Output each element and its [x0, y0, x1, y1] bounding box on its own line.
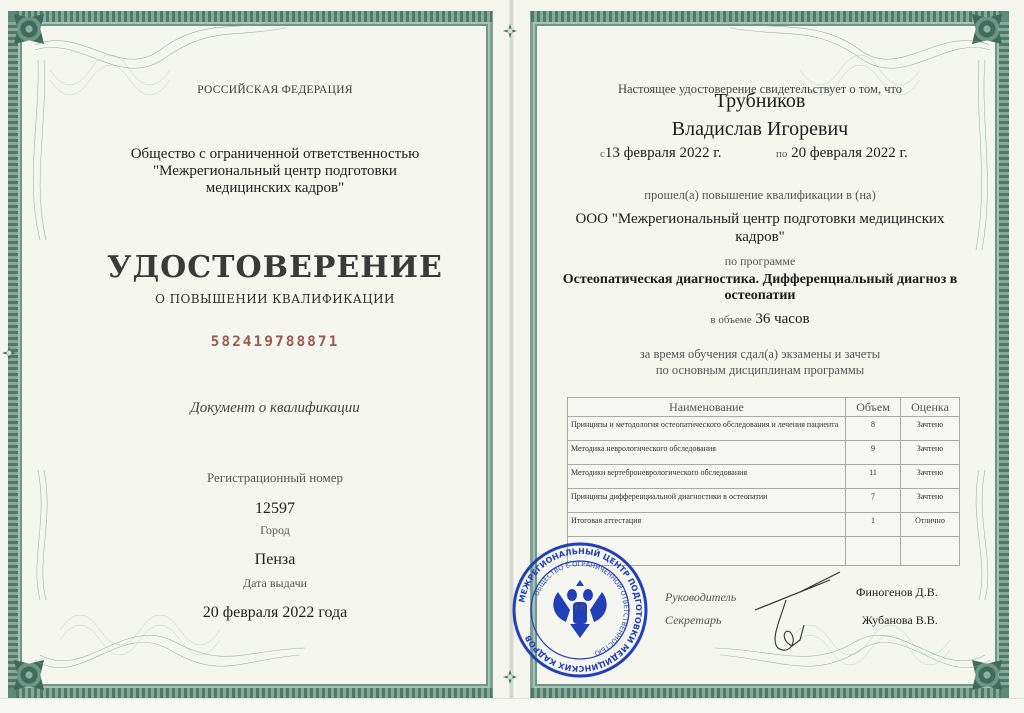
course-volume: в объеме 36 часов — [560, 311, 960, 328]
table-row: Методика неврологического обследования9З… — [568, 441, 960, 465]
registration-number: 12597 — [30, 500, 520, 518]
discipline-hours: 8 — [846, 417, 901, 441]
discipline-grade: Зачтено — [901, 489, 960, 513]
discipline-grade: Отлично — [901, 513, 960, 537]
header-name: Наименование — [568, 398, 846, 417]
discipline-hours — [846, 537, 901, 566]
volume-hours: 36 часов — [755, 311, 809, 327]
certificate-scan: РОССИЙСКАЯ ФЕДЕРАЦИЯ Общество с ограниче… — [0, 0, 1024, 713]
corner-rosette-icon — [972, 660, 1002, 690]
exams-line: по основным дисциплинам программы — [560, 362, 960, 378]
holder-surname: Трубников — [560, 90, 960, 113]
holder-given-names: Владислав Игоревич — [560, 118, 960, 141]
discipline-hours: 11 — [846, 465, 901, 489]
discipline-hours: 7 — [846, 489, 901, 513]
city-value: Пенза — [30, 551, 520, 569]
corner-rosette-icon — [14, 14, 44, 44]
city-label: Город — [30, 523, 520, 538]
head-role: Руководитель — [665, 590, 736, 605]
document-type: Документ о квалификации — [30, 400, 520, 417]
corner-rosette-icon — [972, 14, 1002, 44]
country-header: РОССИЙСКАЯ ФЕДЕРАЦИЯ — [30, 84, 520, 96]
table-row: Методики вертеброневрологического обслед… — [568, 465, 960, 489]
table-header-row: Наименование Объем Оценка — [568, 398, 960, 417]
program-line: остеопатии — [552, 288, 968, 304]
certificate-title: УДОСТОВЕРЕНИЕ — [30, 250, 520, 285]
discipline-grade: Зачтено — [901, 465, 960, 489]
secretary-role: Секретарь — [665, 613, 721, 628]
official-stamp: МЕЖРЕГИОНАЛЬНЫЙ ЦЕНТР ПОДГОТОВКИ МЕДИЦИН… — [510, 540, 650, 680]
stamp-center-label: М.П. — [572, 604, 588, 612]
exams-line: за время обучения сдал(а) экзамены и зач… — [560, 346, 960, 362]
table-row: Итоговая аттестация1Отлично — [568, 513, 960, 537]
discipline-name: Итоговая аттестация — [568, 513, 846, 537]
header-volume: Объем — [846, 398, 901, 417]
from-date: 13 февраля 2022 г. — [605, 145, 722, 161]
by-program-label: по программе — [560, 254, 960, 269]
discipline-name: Принципы дифференциальной диагностики в … — [568, 489, 846, 513]
discipline-grade: Зачтено — [901, 417, 960, 441]
frame-band-bottom — [16, 688, 492, 698]
table-row: Принципы и методология остеопатического … — [568, 417, 960, 441]
left-guilloche-frame — [8, 11, 493, 698]
discipline-hours: 9 — [846, 441, 901, 465]
registration-label: Регистрационный номер — [30, 470, 520, 486]
exams-text: за время обучения сдал(а) экзамены и зач… — [560, 346, 960, 378]
discipline-name: Методики вертеброневрологического обслед… — [568, 465, 846, 489]
head-name: Финогенов Д.В. — [856, 585, 938, 600]
frame-band-top — [16, 11, 492, 22]
discipline-name: Методика неврологического обследования — [568, 441, 846, 465]
frame-band-top — [531, 11, 1001, 22]
institution: ООО "Межрегиональный центр подготовки ме… — [555, 210, 965, 246]
discipline-grade — [901, 537, 960, 566]
discipline-grade: Зачтено — [901, 441, 960, 465]
issuing-organization: Общество с ограниченной ответственностью… — [30, 146, 520, 197]
org-line: медицинских кадров" — [30, 180, 520, 197]
serial-number: 582419788871 — [30, 334, 520, 350]
discipline-hours: 1 — [846, 513, 901, 537]
discipline-name: Принципы и методология остеопатического … — [568, 417, 846, 441]
to-date: 20 февраля 2022 г. — [791, 145, 908, 161]
certificate-subtitle: О ПОВЫШЕНИИ КВАЛИФИКАЦИИ — [30, 292, 520, 306]
corner-rosette-icon — [14, 660, 44, 690]
frame-band-side — [999, 22, 1009, 688]
period-from: с13 февраля 2022 г. — [600, 145, 722, 162]
issue-date-label: Дата выдачи — [30, 576, 520, 591]
program-name: Остеопатическая диагностика. Дифференциа… — [552, 272, 968, 304]
institution-line: ООО "Межрегиональный центр подготовки ме… — [555, 210, 965, 228]
period-to: по 20 февраля 2022 г. — [776, 145, 908, 162]
org-line: Общество с ограниченной ответственностью — [30, 146, 520, 163]
org-line: "Межрегиональный центр подготовки — [30, 163, 520, 180]
volume-prefix: в объеме — [710, 314, 751, 326]
program-line: Остеопатическая диагностика. Дифференциа… — [552, 272, 968, 288]
header-grade: Оценка — [901, 398, 960, 417]
secretary-name: Жубанова В.В. — [862, 613, 938, 628]
institution-line: кадров" — [555, 228, 965, 246]
to-prefix: по — [776, 148, 787, 160]
table-row: Принципы дифференциальной диагностики в … — [568, 489, 960, 513]
passed-text: прошел(а) повышение квалификации в (на) — [560, 188, 960, 203]
frame-band-bottom — [531, 688, 1001, 698]
issue-date: 20 февраля 2022 года — [30, 604, 520, 622]
scan-edge-bottom — [0, 698, 1024, 713]
